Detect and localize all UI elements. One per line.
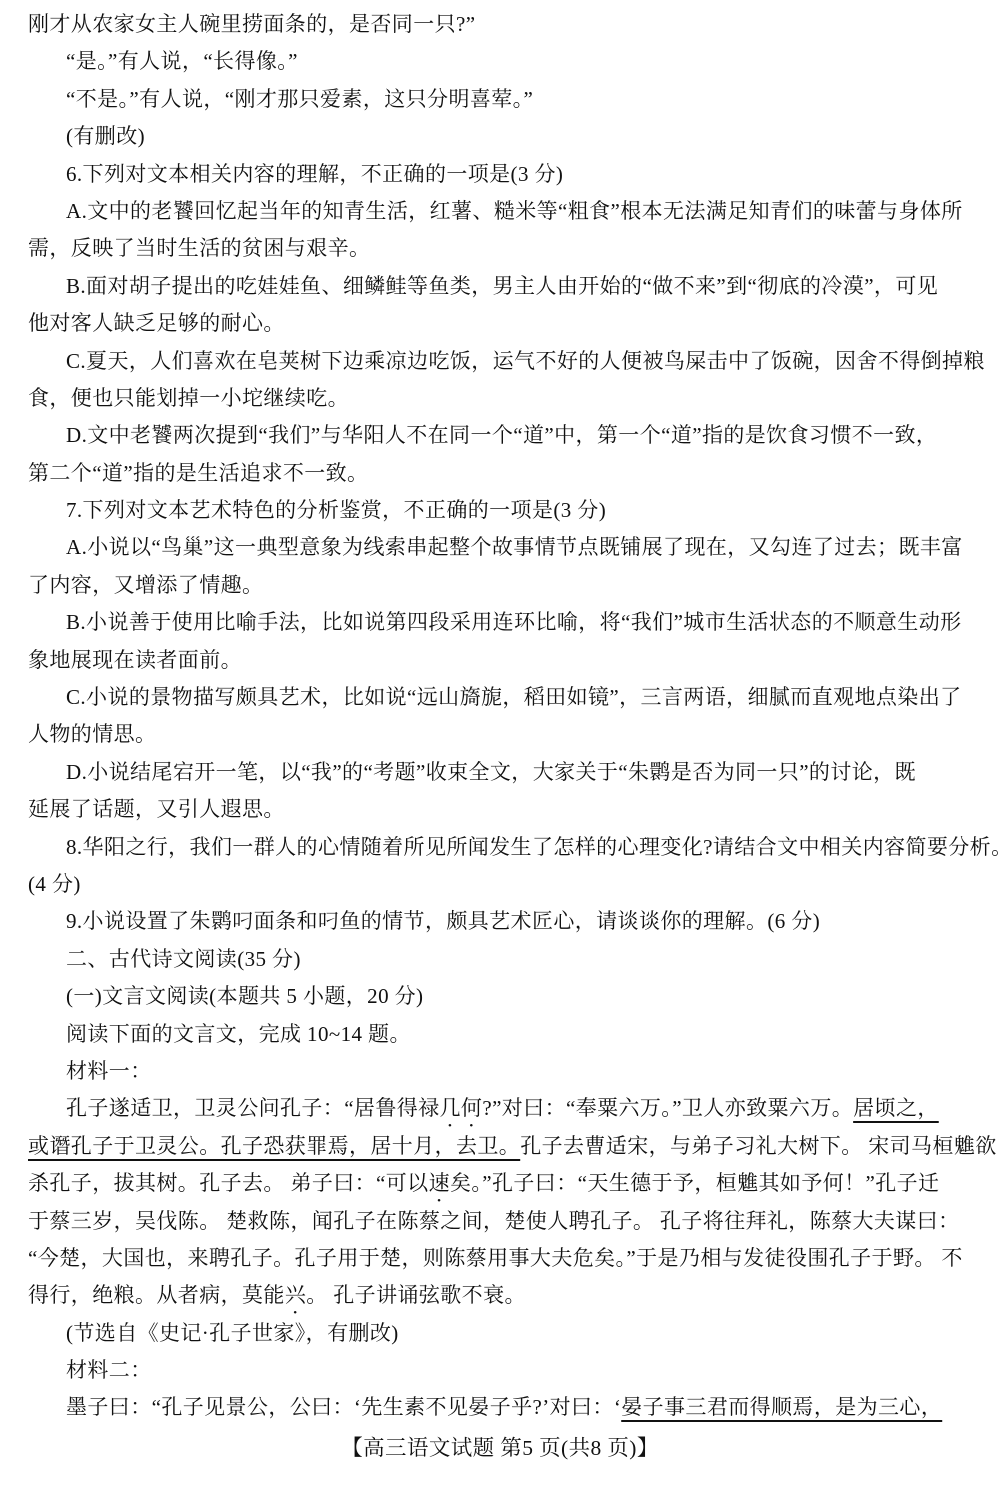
underlined-text-segment: 居顷之， (853, 1096, 939, 1120)
text-line: 9.小说设置了朱鹮叼面条和叼鱼的情节，颇具艺术匠心，请谈谈你的理解。(6 分) (28, 903, 972, 940)
text-line: 或谮孔子于卫灵公。孔子恐获罪焉，居十月，去卫。孔子去曹适宋，与弟子习礼大树下。 … (28, 1128, 972, 1165)
text-line: 人物的情思。 (28, 716, 972, 753)
text-segment: 9.小说设置了朱鹮叼面条和叼鱼的情节，颇具艺术匠心，请谈谈你的理解。(6 分) (66, 909, 820, 933)
text-line: (有删改) (28, 118, 972, 155)
emphasis-dotted-text-segment: 兴 (285, 1283, 306, 1307)
text-segment: 墨子曰：“孔子见景公，公曰：‘先生素不见晏子乎?’对曰：‘ (66, 1395, 621, 1419)
text-segment: 象地展现在读者面前。 (28, 648, 242, 672)
text-segment: 阅读下面的文言文，完成 10~14 题。 (66, 1022, 411, 1046)
text-line: D.小说结尾宕开一笔，以“我”的“考题”收束全文，大家关于“朱鹮是否为同一只”的… (28, 754, 972, 791)
text-segment: 得行，绝粮。从者病，莫能 (28, 1283, 285, 1307)
text-segment: 于蔡三岁，吴伐陈。 楚救陈，闻孔子在陈蔡之间，楚使人聘孔子。 孔子将往拜礼，陈蔡… (28, 1209, 960, 1233)
text-line: “不是。”有人说，“刚才那只爱素，这只分明喜荤。” (28, 81, 972, 118)
text-segment: (4 分) (28, 872, 81, 896)
text-line: C.小说的景物描写颇具艺术，比如说“远山旖旎，稻田如镜”，三言两语，细腻而直观地… (28, 679, 972, 716)
text-segment: 矣。”孔子曰：“天生德于予，桓魋其如予何！”孔子迁 (450, 1171, 939, 1195)
text-segment: 刚才从农家女主人碗里捞面条的，是否同一只?” (28, 12, 475, 36)
text-segment: 材料一： (66, 1059, 152, 1083)
text-line: 食，便也只能划掉一小坨继续吃。 (28, 380, 972, 417)
page-footer: 【高三语文试题 第5 页(共8 页)】 (28, 1433, 972, 1463)
text-line: 7.下列对文本艺术特色的分析鉴赏，不正确的一项是(3 分) (28, 492, 972, 529)
text-line: (一)文言文阅读(本题共 5 小题，20 分) (28, 978, 972, 1015)
text-line: “是。”有人说，“长得像。” (28, 43, 972, 80)
emphasis-dotted-text-segment: 速 (429, 1171, 450, 1195)
text-segment: (有删改) (66, 124, 145, 148)
text-segment: 延展了话题，又引人遐思。 (28, 797, 285, 821)
text-segment: 6.下列对文本相关内容的理解，不正确的一项是(3 分) (66, 162, 563, 186)
text-segment: 食，便也只能划掉一小坨继续吃。 (28, 386, 349, 410)
text-segment: 孔子遂适卫，卫灵公问孔子：“居鲁得禄 (66, 1096, 440, 1120)
text-line: (节选自《史记·孔子世家》，有删改) (28, 1315, 972, 1352)
text-segment: ?”对曰：“奉粟六万。”卫人亦致粟六万。 (482, 1096, 853, 1120)
text-line: (4 分) (28, 866, 972, 903)
underlined-text-segment: 或谮孔子于卫灵公。孔子恐获罪焉，居十月，去卫。 (28, 1134, 520, 1158)
text-line: C.夏天，人们喜欢在皂荚树下边乘凉边吃饭，运气不好的人便被鸟屎击中了饭碗，因舍不… (28, 343, 972, 380)
text-line: “今楚，大国也，来聘孔子。孔子用于楚，则陈蔡用事大夫危矣。”于是乃相与发徒役围孔… (28, 1240, 972, 1277)
text-line: 刚才从农家女主人碗里捞面条的，是否同一只?” (28, 6, 972, 43)
text-segment: “不是。”有人说，“刚才那只爱素，这只分明喜荤。” (66, 87, 533, 111)
text-segment: C.夏天，人们喜欢在皂荚树下边乘凉边吃饭，运气不好的人便被鸟屎击中了饭碗，因舍不… (66, 349, 985, 373)
text-line: 阅读下面的文言文，完成 10~14 题。 (28, 1016, 972, 1053)
text-segment: A.文中的老饕回忆起当年的知青生活，红薯、糙米等“粗食”根本无法满足知青们的味蕾… (66, 199, 963, 223)
text-segment: B.面对胡子提出的吃娃娃鱼、细鳞鲑等鱼类，男主人由开始的“做不来”到“彻底的冷漠… (66, 274, 938, 298)
text-segment: C.小说的景物描写颇具艺术，比如说“远山旖旎，稻田如镜”，三言两语，细腻而直观地… (66, 685, 962, 709)
text-segment: 二、古代诗文阅读(35 分) (66, 947, 301, 971)
text-line: 孔子遂适卫，卫灵公问孔子：“居鲁得禄几何?”对曰：“奉粟六万。”卫人亦致粟六万。… (28, 1090, 972, 1127)
text-segment: (节选自《史记·孔子世家》，有删改) (66, 1321, 399, 1345)
text-segment: 第二个“道”指的是生活追求不一致。 (28, 461, 368, 485)
text-line: 象地展现在读者面前。 (28, 642, 972, 679)
document-body: 刚才从农家女主人碗里捞面条的，是否同一只?”“是。”有人说，“长得像。”“不是。… (28, 6, 972, 1427)
text-segment: 需，反映了当时生活的贫困与艰辛。 (28, 236, 370, 260)
text-segment: 孔子去曹适宋，与弟子习礼大树下。 宋司马桓魋欲 (520, 1134, 996, 1158)
text-line: 材料一： (28, 1053, 972, 1090)
text-line: 8.华阳之行，我们一群人的心情随着所见所闻发生了怎样的心理变化?请结合文中相关内… (28, 829, 972, 866)
text-line: 材料二： (28, 1352, 972, 1389)
text-line: 他对客人缺乏足够的耐心。 (28, 305, 972, 342)
text-segment: “是。”有人说，“长得像。” (66, 49, 298, 73)
text-line: 墨子曰：“孔子见景公，公曰：‘先生素不见晏子乎?’对曰：‘晏子事三君而得顺焉，是… (28, 1389, 972, 1426)
text-segment: 7.下列对文本艺术特色的分析鉴赏，不正确的一项是(3 分) (66, 498, 606, 522)
text-line: 了内容，又增添了情趣。 (28, 567, 972, 604)
text-line: 需，反映了当时生活的贫困与艰辛。 (28, 230, 972, 267)
text-segment: D.小说结尾宕开一笔，以“我”的“考题”收束全文，大家关于“朱鹮是否为同一只”的… (66, 760, 916, 784)
underlined-text-segment: 晏子事三君而得顺焉，是为三心， (621, 1395, 942, 1419)
text-line: B.小说善于使用比喻手法，比如说第四段采用连环比喻，将“我们”城市生活状态的不顺… (28, 604, 972, 641)
text-line: D.文中老饕两次提到“我们”与华阳人不在同一个“道”中，第一个“道”指的是饮食习… (28, 417, 972, 454)
exam-document-page: 刚才从农家女主人碗里捞面条的，是否同一只?”“是。”有人说，“长得像。”“不是。… (0, 0, 1000, 1490)
text-line: 第二个“道”指的是生活追求不一致。 (28, 455, 972, 492)
text-line: 于蔡三岁，吴伐陈。 楚救陈，闻孔子在陈蔡之间，楚使人聘孔子。 孔子将往拜礼，陈蔡… (28, 1203, 972, 1240)
text-segment: 。 孔子讲诵弦歌不衰。 (306, 1283, 526, 1307)
text-line: 6.下列对文本相关内容的理解，不正确的一项是(3 分) (28, 156, 972, 193)
text-line: 二、古代诗文阅读(35 分) (28, 941, 972, 978)
text-line: 延展了话题，又引人遐思。 (28, 791, 972, 828)
text-segment: (一)文言文阅读(本题共 5 小题，20 分) (66, 984, 423, 1008)
text-line: 得行，绝粮。从者病，莫能兴。 孔子讲诵弦歌不衰。 (28, 1277, 972, 1314)
text-segment: 杀孔子，拔其树。孔子去。 弟子曰：“可以 (28, 1171, 429, 1195)
text-segment: 了内容，又增添了情趣。 (28, 573, 263, 597)
text-line: A.文中的老饕回忆起当年的知青生活，红薯、糙米等“粗食”根本无法满足知青们的味蕾… (28, 193, 972, 230)
text-segment: 8.华阳之行，我们一群人的心情随着所见所闻发生了怎样的心理变化?请结合文中相关内… (66, 835, 1000, 859)
text-segment: B.小说善于使用比喻手法，比如说第四段采用连环比喻，将“我们”城市生活状态的不顺… (66, 610, 962, 634)
text-segment: “今楚，大国也，来聘孔子。孔子用于楚，则陈蔡用事大夫危矣。”于是乃相与发徒役围孔… (28, 1246, 963, 1270)
text-line: B.面对胡子提出的吃娃娃鱼、细鳞鲑等鱼类，男主人由开始的“做不来”到“彻底的冷漠… (28, 268, 972, 305)
text-segment: D.文中老饕两次提到“我们”与华阳人不在同一个“道”中，第一个“道”指的是饮食习… (66, 423, 937, 447)
text-segment: A.小说以“鸟巢”这一典型意象为线索串起整个故事情节点既铺展了现在，又勾连了过去… (66, 535, 963, 559)
text-line: A.小说以“鸟巢”这一典型意象为线索串起整个故事情节点既铺展了现在，又勾连了过去… (28, 529, 972, 566)
text-segment: 材料二： (66, 1358, 152, 1382)
emphasis-dotted-text-segment: 几何 (440, 1096, 483, 1120)
text-segment: 人物的情思。 (28, 722, 156, 746)
text-line: 杀孔子，拔其树。孔子去。 弟子曰：“可以速矣。”孔子曰：“天生德于予，桓魋其如予… (28, 1165, 972, 1202)
text-segment: 他对客人缺乏足够的耐心。 (28, 311, 285, 335)
